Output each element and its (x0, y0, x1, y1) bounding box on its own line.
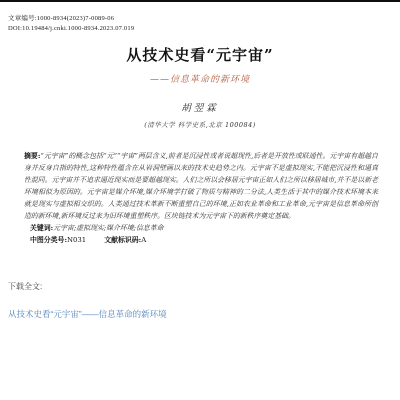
doc-code-label: 文献标识码: (104, 236, 141, 244)
keywords-text: 元宇宙;虚拟现实;媒介环境;信息革命 (53, 224, 163, 232)
keywords-label: 关键词: (30, 224, 53, 232)
download-fulltext-label: 下载全文: (8, 281, 42, 292)
article-number: 文章编号:1000-8934(2023)7-0089-06 (8, 14, 400, 24)
abstract-paragraph: 摘要:“元宇宙”的概念包括“元”“宇宙”两层含义,前者是沉浸性或者说超现性,后者… (24, 150, 378, 222)
author-name: 胡翌霖 (0, 100, 400, 114)
clc-label: 中图分类号: (30, 236, 67, 244)
clc-value: N031 (67, 236, 86, 244)
page-subtitle: ——信息革命的新环境 (0, 72, 400, 85)
keywords-line: 关键词:元宇宙;虚拟现实;媒介环境;信息革命 (30, 223, 378, 234)
download-fulltext-link[interactable]: 从技术史看“元宇宙”——信息革命的新环境 (8, 308, 167, 320)
paper-page: 文章编号:1000-8934(2023)7-0089-06 DOI:10.194… (0, 0, 400, 400)
abstract-label: 摘要: (24, 152, 40, 160)
page-title: 从技术史看“元宇宙” (0, 44, 400, 65)
abstract-text: “元宇宙”的概念包括“元”“宇宙”两层含义,前者是沉浸性或者说超现性,后者是开放… (24, 152, 378, 220)
author-affiliation: (清华大学 科学史系,北京 100084) (0, 120, 400, 129)
doi: DOI:10.19484/j.cnki.1000-8934.2023.07.01… (8, 24, 400, 34)
doc-code-value: A (141, 236, 146, 244)
article-meta: 文章编号:1000-8934(2023)7-0089-06 DOI:10.194… (8, 14, 400, 34)
top-border-bar (0, 0, 400, 2)
classification-line: 中图分类号:N031文献标识码:A (30, 235, 378, 246)
